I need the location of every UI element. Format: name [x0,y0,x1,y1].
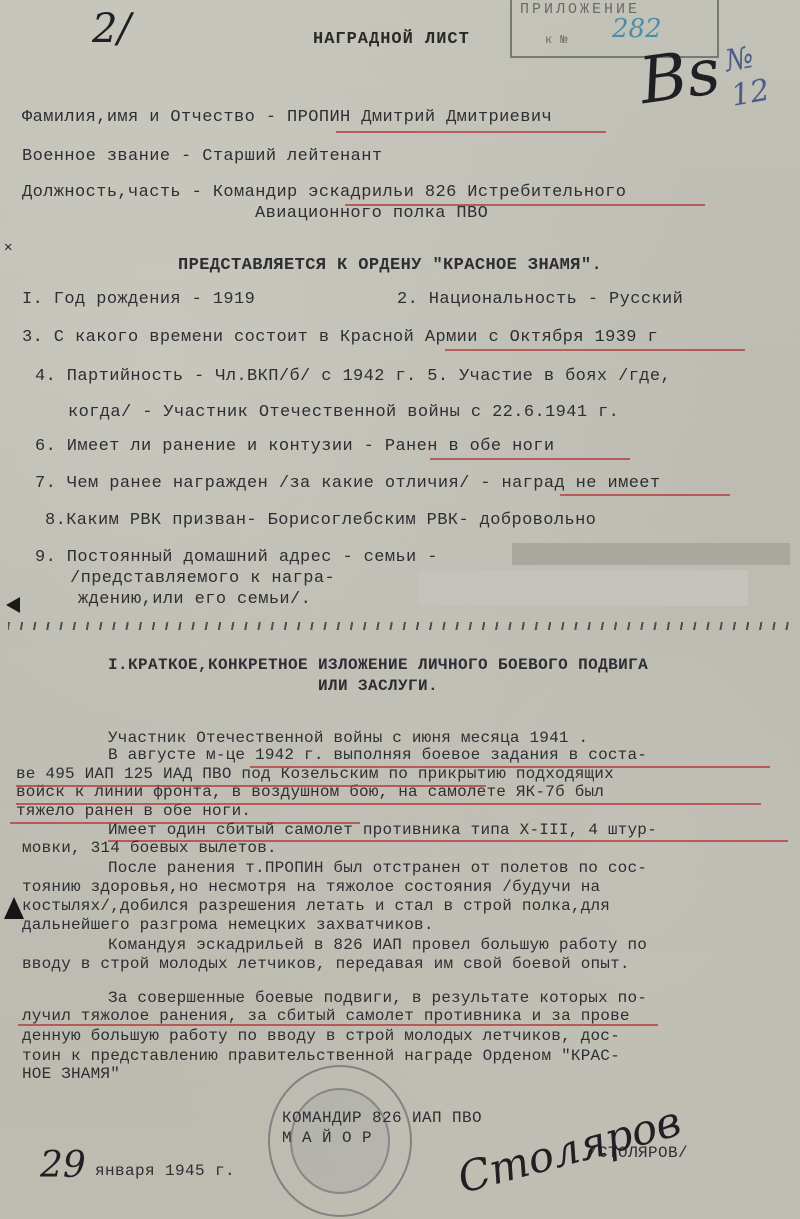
narrative-line: денную большую работу по вводу в строй м… [22,1028,620,1045]
signatory-title: КОМАНДИР 826 ИАП ПВО [282,1108,482,1128]
item-8: 8.Каким РВК призван- Борисоглебским РВК-… [45,511,596,531]
signatory-rank: М А Й О Р [282,1128,372,1148]
section-title-line1: I.КРАТКОЕ,КОНКРЕТНОЕ ИЗЛОЖЕНИЕ ЛИЧНОГО Б… [108,655,648,675]
document-title: НАГРАДНОЙ ЛИСТ [313,30,470,49]
narrative-line: Имеет один сбитый самолет противника тип… [108,822,657,839]
narrative-line: тяжело ранен в обе ноги. [16,803,251,820]
red-underline [16,803,761,805]
date-rest: января 1945 г. [95,1161,235,1181]
narrative-line: Участник Отечественной войны с июня меся… [108,730,588,747]
handwritten-signature-top: Вs [635,35,724,119]
item-1: I. Год рождения - 1919 [22,290,255,310]
narrative-line: дальнейшего разгрома немецких захватчико… [22,917,434,934]
handwritten-page-mark: 2/ [92,6,131,52]
item-9-cont-2: ждению,или его семьи/. [78,590,311,610]
red-underline [336,131,606,133]
red-underline [18,1024,658,1026]
red-underline [430,458,630,460]
item-7: 7. Чем ранее награжден /за какие отличия… [35,474,661,494]
item-3: 3. С какого времени состоит в Красной Ар… [22,328,658,348]
date-day: 29 [40,1145,86,1186]
margin-arrow-icon [4,897,24,919]
handwritten-number-top-right: № 12 [722,32,800,113]
stamp-handwritten-number: 282 [612,14,662,44]
section-title-line2: ИЛИ ЗАСЛУГИ. [318,676,438,696]
item-4: 4. Партийность - Чл.ВКП/б/ с 1942 г. 5. … [35,367,671,387]
red-underline [16,785,486,787]
margin-arrow-icon [6,597,20,613]
attachment-stamp-sub: к № [545,30,568,50]
red-underline [250,766,770,768]
red-underline [445,349,745,351]
margin-mark: ✕ [4,238,13,258]
field-position-line2: Авиационного полка ПВО [255,204,488,224]
dotted-separator [8,622,798,630]
item-6: 6. Имеет ли ранение и контузии - Ранен в… [35,437,554,457]
narrative-line: Командуя эскадрильей в 826 ИАП провел бо… [108,937,647,954]
narrative-line: тоянию здоровья,но несмотря на тяжолое с… [22,879,600,896]
narrative-line: НОЕ ЗНАМЯ" [22,1066,120,1083]
redacted-address-area [418,570,748,606]
narrative-line: тоин к представлению правительственной н… [22,1048,620,1065]
narrative-line: В августе м-це 1942 г. выполняя боевое з… [108,747,647,764]
item-9-cont-1: /представляемого к награ- [70,569,335,589]
field-rank: Военное звание - Старший лейтенант [22,147,382,167]
nominated-for-heading: ПРЕДСТАВЛЯЕТСЯ К ОРДЕНУ "КРАСНОЕ ЗНАМЯ". [178,256,602,276]
item-2: 2. Национальность - Русский [397,290,683,310]
narrative-line: ве 495 ИАП 125 ИАД ПВО под Козельским по… [16,766,614,783]
field-position-line1: Должность,часть - Командир эскадрильи 82… [22,183,626,203]
item-9: 9. Постоянный домашний адрес - семьи - [35,548,438,568]
narrative-line: После ранения т.ПРОПИН был отстранен от … [108,860,647,877]
narrative-line: костылях/,добился разрешения летать и ст… [22,898,610,915]
item-5: когда/ - Участник Отечественной войны с … [68,403,619,423]
narrative-line: лучил тяжолое ранения, за сбитый самолет… [22,1008,630,1025]
red-underline [560,494,730,496]
redacted-address [512,543,790,565]
narrative-line: За совершенные боевые подвиги, в результ… [108,990,647,1007]
field-name: Фамилия,имя и Отчество - ПРОПИН Дмитрий … [22,108,552,128]
handwritten-signature: Столяров [453,1096,686,1202]
narrative-line: вводу в строй молодых летчиков, передава… [22,956,630,973]
narrative-line: мовки, 314 боевых вылетов. [22,840,277,857]
